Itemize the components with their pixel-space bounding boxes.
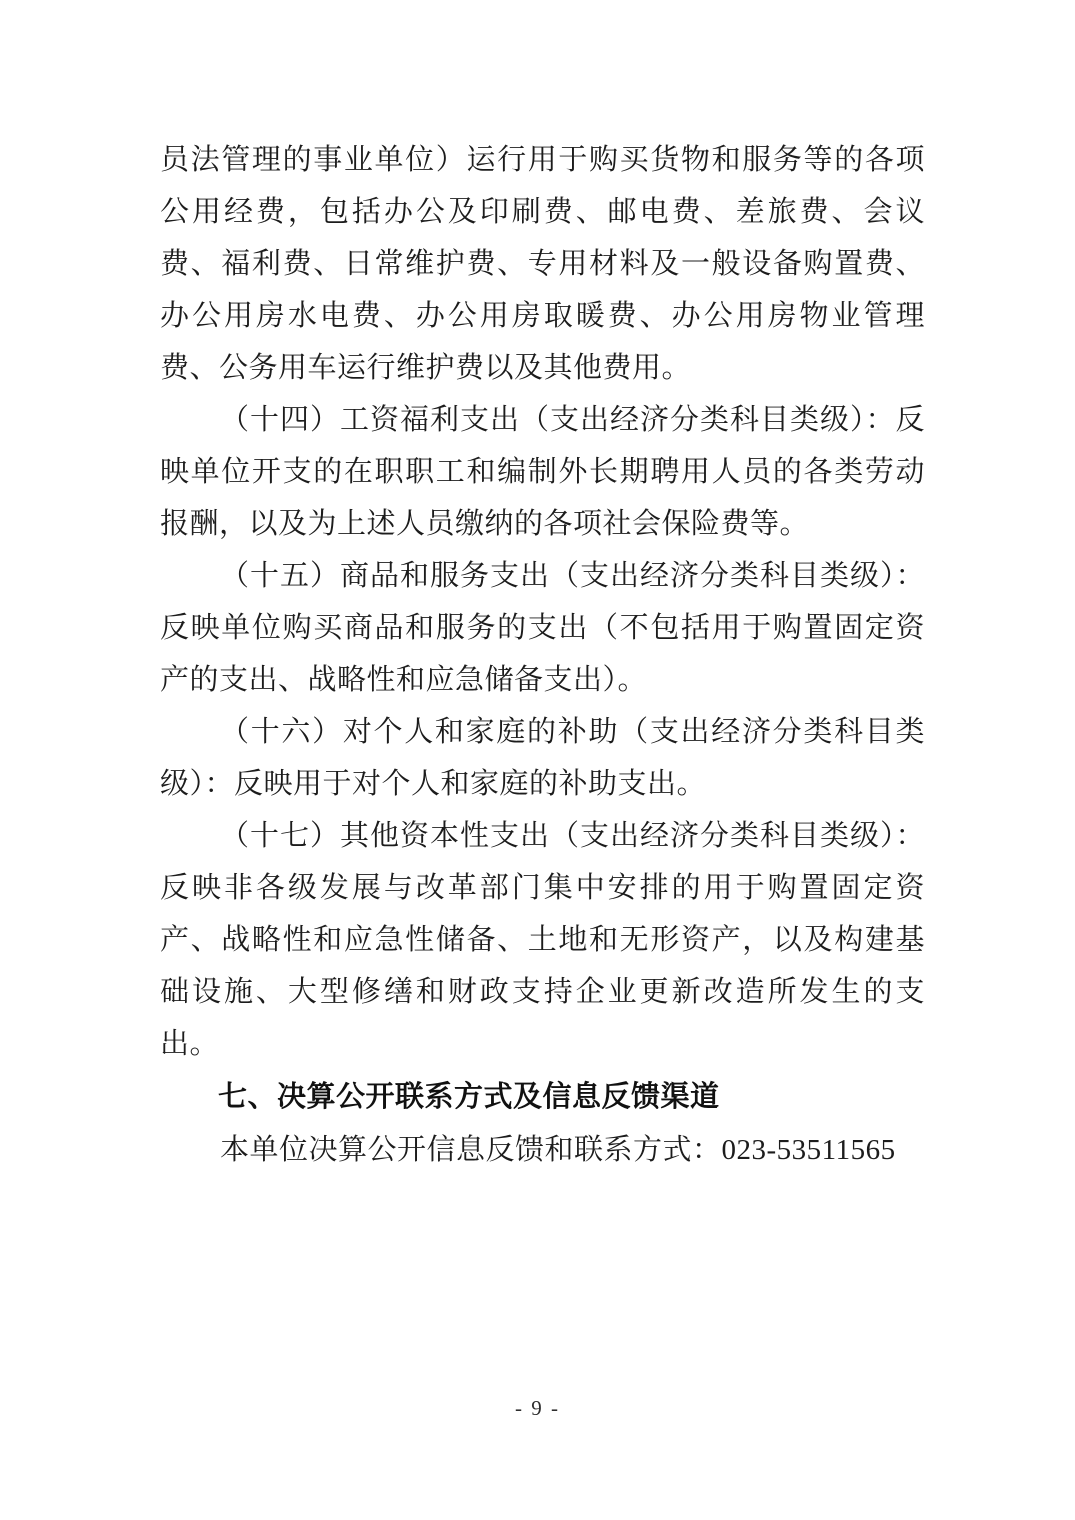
document-body: 员法管理的事业单位）运行用于购买货物和服务等的各项公用经费，包括办公及印刷费、邮… [160, 134, 925, 1176]
paragraph-item-16-individual-family-subsidy: （十六）对个人和家庭的补助（支出经济分类科目类级）：反映用于对个人和家庭的补助支… [160, 706, 925, 810]
paragraph-public-funds-continuation: 员法管理的事业单位）运行用于购买货物和服务等的各项公用经费，包括办公及印刷费、邮… [160, 134, 925, 394]
paragraph-contact-info: 本单位决算公开信息反馈和联系方式：023-53511565 [160, 1124, 925, 1176]
document-page: 员法管理的事业单位）运行用于购买货物和服务等的各项公用经费，包括办公及印刷费、邮… [0, 0, 1075, 1520]
section-heading-contact-channels: 七、决算公开联系方式及信息反馈渠道 [160, 1070, 925, 1124]
paragraph-item-14-wages-welfare: （十四）工资福利支出（支出经济分类科目类级）：反映单位开支的在职职工和编制外长期… [160, 394, 925, 550]
paragraph-item-15-goods-services: （十五）商品和服务支出（支出经济分类科目类级）：反映单位购买商品和服务的支出（不… [160, 550, 925, 706]
page-number: - 9 - [0, 1396, 1075, 1421]
paragraph-item-17-other-capital-expenditure: （十七）其他资本性支出（支出经济分类科目类级）：反映非各级发展与改革部门集中安排… [160, 810, 925, 1070]
